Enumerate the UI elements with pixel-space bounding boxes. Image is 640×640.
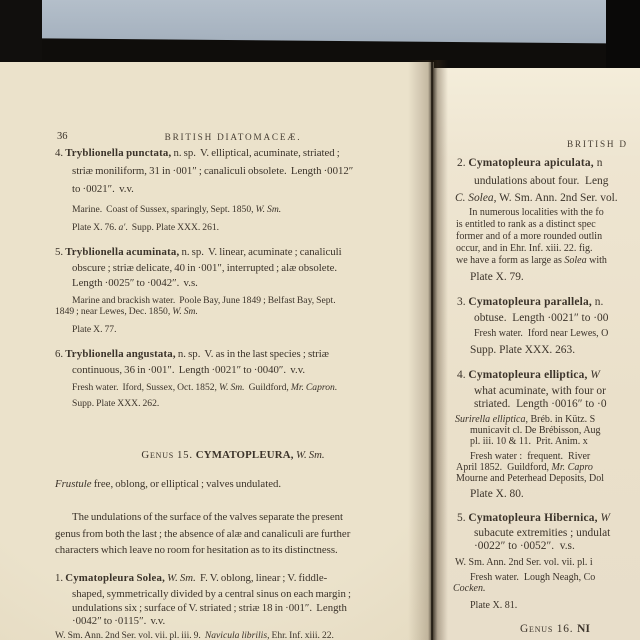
entry-6-habitat: Fresh water. Iford, Sussex, Oct. 1852, W… [72,382,337,393]
entry-5r-reference: W. Sm. Ann. 2nd Ser. vol. vii. pl. i [455,557,593,568]
entry-5r-plate: Plate X. 81. [470,600,517,611]
entry-4-line-3: to ·0021″. v.v. [72,183,134,195]
entry-4r-synonym-2: municavit cl. De Brébisson, Aug [470,425,601,436]
entry-2-note-1: In numerous localities with the fo [469,207,604,218]
genus-15-heading: Genus 15. CYMATOPLEURA, W. Sm. [55,449,411,461]
entry-5-plate: Plate X. 77. [72,324,117,335]
entry-5-line-1: 5. Tryblionella acuminata, n. sp. V. lin… [55,246,342,258]
entry-5r-line-2: subacute extremities ; undulat [474,527,610,539]
entry-2-line-1: 2. Cymatopleura apiculata, n [457,157,602,169]
entry-5-habitat-2: 1849 ; near Lewes, Dec. 1850, W. Sm. [55,306,198,317]
entry-3-line-1: 3. Cymatopleura parallela, n. [457,296,603,308]
genus-15-description: Frustule free, oblong, or elliptical ; v… [55,478,281,490]
running-head-left: BRITISH DIATOMACEÆ. [55,132,411,142]
entry-3-plate: Supp. Plate XXX. 263. [470,344,575,356]
entry-2-reference: C. Solea, W. Sm. Ann. 2nd Ser. vol. [455,192,618,204]
genus-15-note-3: characters which leave no room for hesit… [55,544,338,556]
book-cover-right-corner [606,0,640,78]
entry-5r-habitat-1: Fresh water. Lough Neagh, Co [470,572,595,583]
entry-4r-habitat-3: Mourne and Peterhead Deposits, Dol [456,473,604,484]
book-photo: 36 BRITISH DIATOMACEÆ. BRITISH D 4. Tryb… [0,0,640,640]
page-gutter-shadow [408,60,448,640]
entry-5-line-3: Length ·0025″ to ·0042″. v.s. [72,277,198,289]
entry-6-line-2: continuous, 36 in ·001″. Length ·0021″ t… [72,364,305,376]
entry-5r-line-3: ·0022″ to ·0052″. v.s. [474,540,575,552]
entry-2-note-5: we have a form as large as Solea with [456,255,607,266]
entry-5r-habitat-2: Cocken. [453,583,486,594]
entry-4-habitat: Marine. Coast of Sussex, sparingly, Sept… [72,204,281,215]
entry-1-reference: W. Sm. Ann. 2nd Ser. vol. vii. pl. iii. … [55,630,334,640]
entry-1-line-4: ·0042″ to ·0115″. v.v. [72,615,165,627]
entry-2-note-3: former and of a more rounded outlin [456,231,602,242]
entry-6-plate: Supp. Plate XXX. 262. [72,398,159,409]
entry-4r-line-1: 4. Cymatopleura elliptica, W [457,369,600,381]
entry-6-line-1: 6. Tryblionella angustata, n. sp. V. as … [55,348,329,360]
entry-4r-habitat-2: April 1852. Guildford, Mr. Capro [456,462,593,473]
entry-2-note-4: occur, and in Ehr. Inf. xiii. 22. fig. [456,243,595,254]
entry-4r-habitat-1: Fresh water : frequent. River [470,451,593,462]
entry-3-line-2: obtuse. Length ·0021″ to ·00 [474,312,608,324]
running-head-right: BRITISH D [567,139,628,149]
entry-4r-synonym-3: pl. iii. 10 & 11. Prit. Anim. x [470,436,588,447]
genus-15-note-1: The undulations of the surface of the va… [72,511,343,523]
entry-1-line-3: undulations six ; surface of V. striated… [72,602,347,614]
genus-16-heading: Genus 16. NI [520,623,590,635]
page-gutter-seam [431,60,433,640]
entry-4-line-1: 4. Tryblionella punctata, n. sp. V. elli… [55,147,340,159]
entry-4r-synonym-1: Surirella elliptica, Bréb. in Kütz. S [455,414,595,425]
entry-4r-line-2: what acuminate, with four or [474,385,609,397]
entry-2-plate: Plate X. 79. [470,271,524,283]
entry-3-habitat: Fresh water. Iford near Lewes, O [474,328,608,339]
entry-5r-line-1: 5. Cymatopleura Hibernica, W [457,512,610,524]
book-cover-left-corner [0,0,42,60]
genus-15-note-2: genus from both the last ; the absence o… [55,528,350,540]
entry-2-line-2: undulations about four. Leng [474,175,608,187]
entry-1-line-2: shaped, symmetrically divided by a centr… [72,588,351,600]
entry-4-plate: Plate X. 76. a′. Supp. Plate XXX. 261. [72,222,219,233]
entry-5-line-2: obscure ; striæ delicate, 40 in ·001″, i… [72,262,337,274]
entry-4r-line-3: striated. Length ·0016″ to ·0 [474,398,607,410]
entry-4r-plate: Plate X. 80. [470,488,524,500]
entry-5-habitat-1: Marine and brackish water. Poole Bay, Ju… [72,295,336,306]
entry-4-line-2: striæ moniliform, 31 in ·001″ ; canalicu… [72,165,353,177]
entry-1-line-1: 1. Cymatopleura Solea, W. Sm. F. V. oblo… [55,572,327,584]
entry-2-note-2: is entitled to rank as a distinct spec [456,219,596,230]
